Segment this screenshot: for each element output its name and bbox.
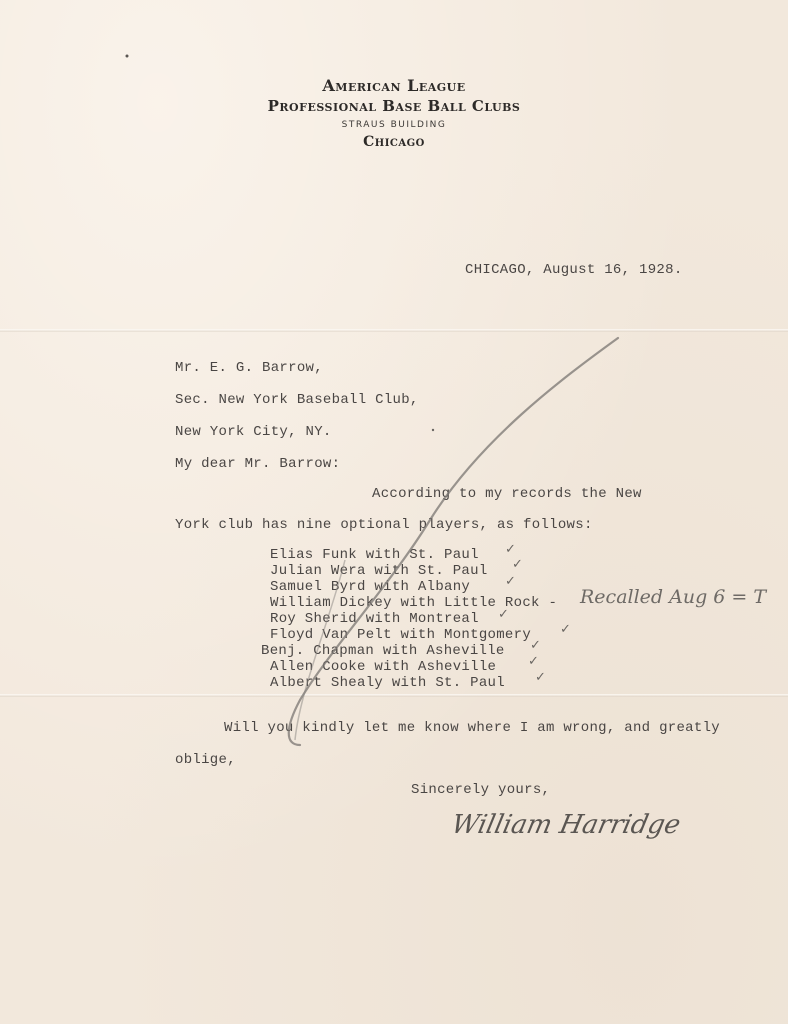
pencil-stroke-mark xyxy=(0,0,788,1024)
